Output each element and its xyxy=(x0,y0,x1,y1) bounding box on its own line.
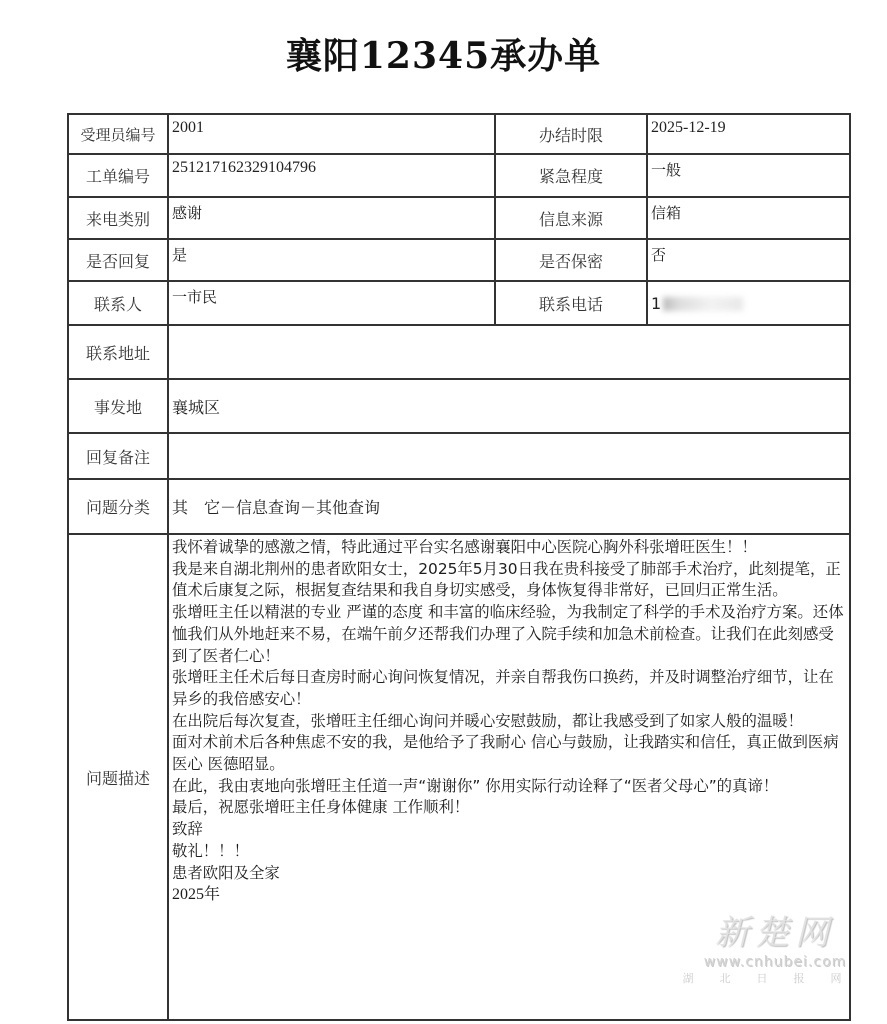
value-urgency: 一般 xyxy=(647,154,850,197)
label-location: 事发地 xyxy=(68,379,168,433)
value-contact: 一市民 xyxy=(168,281,495,325)
phone-visible-digit: 1 xyxy=(651,294,661,313)
value-source: 信箱 xyxy=(647,197,850,239)
row-contact-phone: 联系人 一市民 联系电话 1 xyxy=(68,281,850,325)
label-confidential: 是否保密 xyxy=(495,239,647,281)
desc-line: 最后，祝愿张增旺主任身体健康 工作顺利！ xyxy=(172,797,845,819)
value-address xyxy=(168,325,850,379)
value-call-type: 感谢 xyxy=(168,197,495,239)
watermark-subtitle: 湖北日报网 xyxy=(680,970,870,986)
value-phone: 1 xyxy=(647,281,850,325)
watermark-url: www.cnhubei.com xyxy=(680,954,870,970)
label-contact: 联系人 xyxy=(68,281,168,325)
value-deadline: 2025-12-19 xyxy=(647,114,850,154)
label-reply: 是否回复 xyxy=(68,239,168,281)
row-address: 联系地址 xyxy=(68,325,850,379)
desc-line: 张增旺主任术后每日查房时耐心询问恢复情况，并亲自帮我伤口换药，并及时调整治疗细节… xyxy=(172,667,845,710)
desc-line: 在此，我由衷地向张增旺主任道一声“谢谢你” 你用实际行动诠释了“医者父母心”的真… xyxy=(172,776,845,798)
label-ticket-no: 工单编号 xyxy=(68,154,168,197)
value-ticket-no: 251217162329104796 xyxy=(168,154,495,197)
document-title: 襄阳12345承办单 xyxy=(0,28,887,79)
label-category: 问题分类 xyxy=(68,479,168,534)
desc-line: 在出院后每次复查，张增旺主任细心询问并暖心安慰鼓励，都让我感受到了如家人般的温暖… xyxy=(172,711,845,733)
desc-line: 我怀着诚挚的感激之情，特此通过平台实名感谢襄阳中心医院心胸外科张增旺医生！！ xyxy=(172,537,845,559)
desc-line: 2025年 xyxy=(172,884,845,906)
value-reply-note xyxy=(168,433,850,479)
value-confidential: 否 xyxy=(647,239,850,281)
label-call-type: 来电类别 xyxy=(68,197,168,239)
phone-redaction-blur xyxy=(663,297,743,311)
value-location: 襄城区 xyxy=(168,379,850,433)
desc-line: 敬礼！！！ xyxy=(172,841,845,863)
label-deadline: 办结时限 xyxy=(495,114,647,154)
desc-line: 面对术前术后各种焦虑不安的我，是他给予了我耐心 信心与鼓励，让我踏实和信任，真正… xyxy=(172,732,845,775)
desc-line: 致辞 xyxy=(172,819,845,841)
row-operator-deadline: 受理员编号 2001 办结时限 2025-12-19 xyxy=(68,114,850,154)
row-ticket-urgency: 工单编号 251217162329104796 紧急程度 一般 xyxy=(68,154,850,197)
description-text: 我怀着诚挚的感激之情，特此通过平台实名感谢襄阳中心医院心胸外科张增旺医生！！ 我… xyxy=(169,535,849,908)
row-location: 事发地 襄城区 xyxy=(68,379,850,433)
row-calltype-source: 来电类别 感谢 信息来源 信箱 xyxy=(68,197,850,239)
label-address: 联系地址 xyxy=(68,325,168,379)
value-category: 其 它－信息查询－其他查询 xyxy=(168,479,850,534)
desc-line: 我是来自湖北荆州的患者欧阳女士，2025年5月30日我在贵科接受了肺部手术治疗，… xyxy=(172,559,845,602)
desc-line: 患者欧阳及全家 xyxy=(172,863,845,885)
label-phone: 联系电话 xyxy=(495,281,647,325)
work-order-table: 受理员编号 2001 办结时限 2025-12-19 工单编号 25121716… xyxy=(67,113,851,1021)
label-operator-id: 受理员编号 xyxy=(68,114,168,154)
desc-line: 张增旺主任以精湛的专业 严谨的态度 和丰富的临床经验，为我制定了科学的手术及治疗… xyxy=(172,602,845,667)
value-reply: 是 xyxy=(168,239,495,281)
label-urgency: 紧急程度 xyxy=(495,154,647,197)
label-source: 信息来源 xyxy=(495,197,647,239)
value-operator-id: 2001 xyxy=(168,114,495,154)
row-reply-note: 回复备注 xyxy=(68,433,850,479)
label-description: 问题描述 xyxy=(68,534,168,1020)
row-reply-confidential: 是否回复 是 是否保密 否 xyxy=(68,239,850,281)
watermark: 新楚网 www.cnhubei.com 湖北日报网 xyxy=(680,905,870,986)
label-reply-note: 回复备注 xyxy=(68,433,168,479)
row-category: 问题分类 其 它－信息查询－其他查询 xyxy=(68,479,850,534)
watermark-logo: 新楚网 xyxy=(680,905,870,954)
